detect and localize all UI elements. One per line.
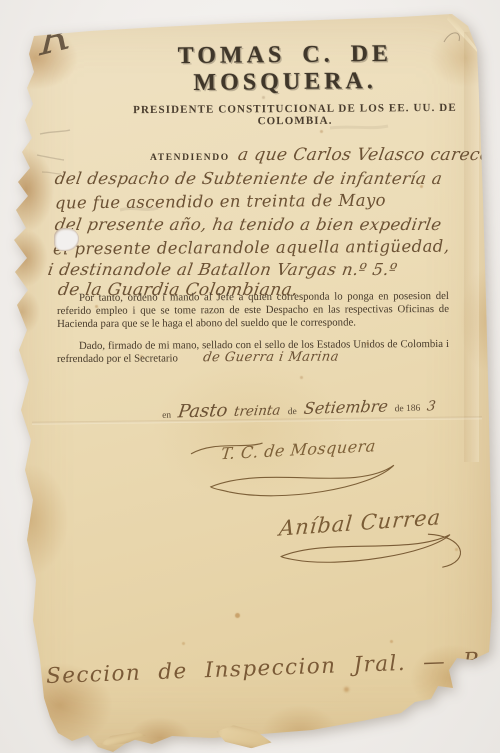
opening-word: ATENDIENDO xyxy=(150,153,230,163)
paper-wrapper: R TOMAS C. DE MOSQUERA. PRESIDENTE CONST… xyxy=(0,0,500,753)
closing-paragraph: Dado, firmado de mi mano, sellado con el… xyxy=(57,338,449,366)
foxing-spots xyxy=(0,0,3,3)
handwritten-line: i destinandole al Batallon Vargas n.º 5.… xyxy=(46,260,398,279)
dateline-month: Setiembre xyxy=(302,396,388,417)
footer-annotation: Seccion de Inspeccion Jral. — Pasto xyxy=(46,648,487,689)
document-subtitle: PRESIDENTE CONSTITUCIONAL DE LOS EE. UU.… xyxy=(105,102,485,129)
document-paper: R TOMAS C. DE MOSQUERA. PRESIDENTE CONST… xyxy=(0,0,500,753)
dateline-printed-en: en xyxy=(162,411,171,421)
closing-handwritten-office: de Guerra i Marina xyxy=(180,351,340,365)
right-edge-fold xyxy=(464,32,479,462)
dateline-printed-de: de xyxy=(288,407,297,417)
handwritten-line: del presente año, ha tenido a bien exped… xyxy=(53,215,443,234)
dateline-printed-year: de 186 xyxy=(395,404,421,415)
handwritten-line: del despacho de Subteniente de infanterí… xyxy=(53,169,443,188)
grant-opening-line: ATENDIENDO a que Carlos Velasco carece xyxy=(150,145,490,165)
handwritten-line: el presente declarandole aquella antigüe… xyxy=(53,237,449,259)
handwritten-line: a que Carlos Velasco carece xyxy=(236,145,492,165)
archival-mark: R xyxy=(39,7,73,66)
secretary-signature: Aníbal Currea xyxy=(266,491,481,583)
photo-background: R TOMAS C. DE MOSQUERA. PRESIDENTE CONST… xyxy=(0,0,500,753)
dateline-year-digit: 3 xyxy=(426,398,437,414)
decree-paragraph: Por tanto, ordeno i mando al Jefe a quie… xyxy=(57,290,449,330)
dateline-place: Pasto xyxy=(177,400,229,422)
dateline-day: treinta xyxy=(233,402,281,419)
document-title: TOMAS C. DE MOSQUERA. xyxy=(85,40,486,98)
handwritten-line: que fue ascendido en treinta de Mayo xyxy=(55,191,386,213)
